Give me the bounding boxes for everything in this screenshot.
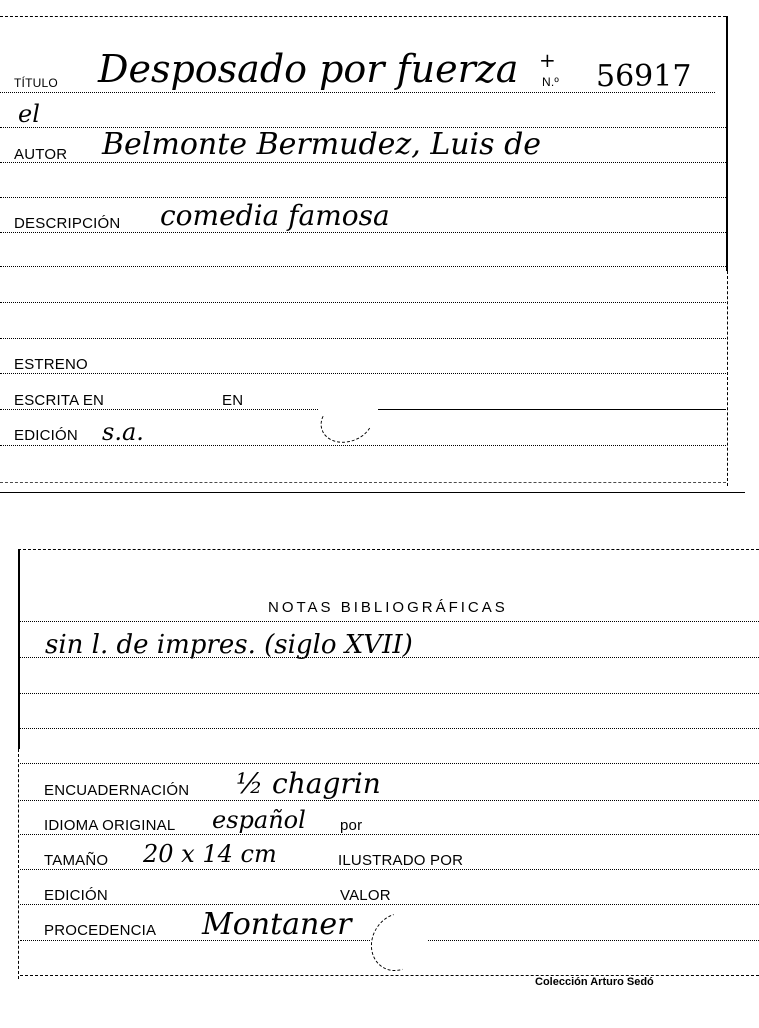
- encuadernacion-label: ENCUADERNACIÓN: [44, 783, 189, 798]
- tamano-line: [20, 869, 759, 870]
- escrita-en-line-right: [378, 409, 726, 410]
- tamano-label: TAMAÑO: [44, 853, 108, 868]
- top-card-right-border-lower: [727, 271, 728, 486]
- en-label: EN: [222, 393, 243, 408]
- por-label: por: [340, 818, 362, 833]
- notas-heading: NOTAS BIBLIOGRÁFICAS: [268, 600, 508, 615]
- encuadernacion-line: [20, 800, 759, 801]
- top-catalog-card: TÍTULO Desposado por fuerza + N.º 56917 …: [0, 0, 759, 500]
- valor-label: VALOR: [340, 888, 391, 903]
- titulo-label: TÍTULO: [14, 77, 58, 89]
- titulo-cross-mark: +: [539, 50, 556, 70]
- numero-label: N.º: [542, 76, 559, 88]
- bottom-card-left-border: [18, 549, 20, 749]
- bottom-card-left-border-lower: [18, 749, 19, 979]
- descripcion-value[interactable]: comedia famosa: [160, 202, 390, 230]
- titulo-line: [0, 92, 715, 93]
- idioma-original-line: [20, 834, 759, 835]
- escrita-en-line: [0, 409, 318, 410]
- notas-line-5: [20, 763, 759, 764]
- top-card-top-border: [0, 16, 726, 17]
- autor-value[interactable]: Belmonte Bermudez, Luis de: [102, 130, 541, 160]
- estreno-line: [0, 373, 726, 374]
- notas-value[interactable]: sin l. de impres. (siglo XVII): [45, 632, 413, 658]
- ink-stamp-mark-bottom: [360, 903, 435, 981]
- edicion-bottom-label: EDICIÓN: [44, 888, 108, 903]
- procedencia-line: [20, 940, 370, 941]
- edicion-bottom-line: [20, 904, 759, 905]
- ilustrado-por-label: ILUSTRADO POR: [338, 853, 463, 868]
- collection-footer: Colección Arturo Sedó: [535, 976, 654, 988]
- blank-line-2: [0, 302, 726, 303]
- idioma-original-label: IDIOMA ORIGINAL: [44, 818, 175, 833]
- top-card-right-border: [726, 16, 728, 271]
- idioma-original-value[interactable]: español: [212, 808, 306, 832]
- descripcion-line: [0, 232, 726, 233]
- autor-label: AUTOR: [14, 147, 67, 162]
- notas-line-4: [20, 728, 759, 729]
- procedencia-label: PROCEDENCIA: [44, 923, 156, 938]
- top-card-bottom-edge: [0, 482, 726, 483]
- encuadernacion-value[interactable]: ½ chagrin: [236, 770, 381, 798]
- titulo-continuation[interactable]: el: [18, 102, 40, 126]
- edicion-label: EDICIÓN: [14, 428, 78, 443]
- bottom-catalog-card: NOTAS BIBLIOGRÁFICAS sin l. de impres. (…: [0, 540, 759, 1028]
- tamano-value[interactable]: 20 x 14 cm: [143, 842, 277, 866]
- ink-stamp-mark: [314, 392, 379, 450]
- procedencia-line-right: [428, 940, 759, 941]
- notas-line-3: [20, 693, 759, 694]
- procedencia-value[interactable]: Montaner: [202, 910, 351, 940]
- numero-value[interactable]: 56917: [596, 62, 691, 92]
- estreno-label: ESTRENO: [14, 357, 88, 372]
- escrita-en-label: ESCRITA EN: [14, 393, 104, 408]
- titulo-value[interactable]: Desposado por fuerza: [98, 50, 518, 88]
- blank-line-3: [0, 338, 726, 339]
- blank-line-1: [0, 266, 726, 267]
- autor-line-2: [0, 197, 726, 198]
- notas-line-1: [20, 621, 759, 622]
- edicion-value[interactable]: s.a.: [102, 420, 144, 444]
- notas-line-2: [20, 657, 759, 658]
- bottom-card-top-border: [18, 549, 759, 550]
- edicion-line: [0, 445, 726, 446]
- autor-line: [0, 162, 726, 163]
- card-separator: [0, 492, 745, 493]
- descripcion-label: DESCRIPCIÓN: [14, 216, 120, 231]
